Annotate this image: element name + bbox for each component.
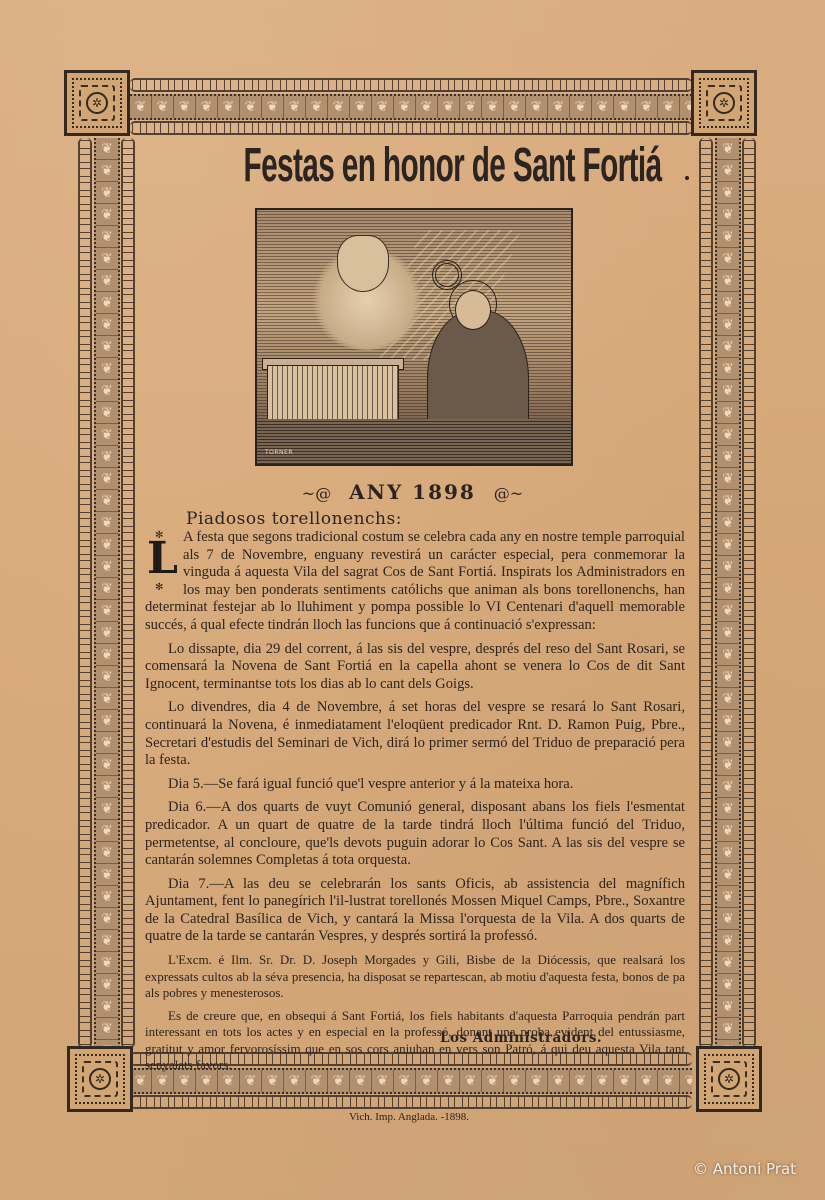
leaf-icon: ❦ bbox=[96, 798, 118, 820]
paragraph: Lo divendres, dia 4 de Novembre, á set h… bbox=[145, 699, 685, 769]
leaf-band: ❦❦❦❦❦❦❦❦❦❦❦❦❦❦❦❦❦❦❦❦❦❦❦❦❦❦ bbox=[130, 94, 692, 120]
leaf-icon: ❦ bbox=[96, 754, 118, 776]
saint-head bbox=[455, 290, 491, 330]
leaf-icon: ❦ bbox=[96, 644, 118, 666]
leaf-icon: ❦ bbox=[717, 424, 739, 446]
leaf-icon: ❦ bbox=[717, 490, 739, 512]
signoff: Los Administradors. bbox=[440, 1030, 602, 1046]
engraver-signature: TORNER bbox=[265, 449, 293, 456]
leaf-icon: ❦ bbox=[96, 622, 118, 644]
leaf-icon: ❦ bbox=[284, 96, 306, 118]
printer-imprint: Vich. Imp. Anglada. -1898. bbox=[349, 1111, 469, 1123]
leaf-icon: ❦ bbox=[416, 96, 438, 118]
leaf-icon: ❦ bbox=[548, 96, 570, 118]
leaf-icon: ❦ bbox=[717, 248, 739, 270]
rosette-icon: ✲ bbox=[718, 1068, 740, 1090]
leaf-icon: ❦ bbox=[717, 732, 739, 754]
leaf-icon: ❦ bbox=[717, 710, 739, 732]
leaf-icon: ❦ bbox=[717, 402, 739, 424]
leaf-icon: ❦ bbox=[130, 96, 152, 118]
leaf-icon: ❦ bbox=[152, 96, 174, 118]
ground bbox=[257, 419, 571, 464]
rosette-icon: ✲ bbox=[89, 1068, 111, 1090]
leaf-icon: ❦ bbox=[96, 556, 118, 578]
leaf-icon: ❦ bbox=[717, 908, 739, 930]
leaf-icon: ❦ bbox=[96, 446, 118, 468]
leaf-icon: ❦ bbox=[96, 314, 118, 336]
leaf-icon: ❦ bbox=[196, 96, 218, 118]
paragraph: L'Excm. é Ilm. Sr. Dr. D. Joseph Morgade… bbox=[145, 952, 685, 1002]
leaf-icon: ❦ bbox=[96, 402, 118, 424]
leaf-icon: ❦ bbox=[717, 820, 739, 842]
paragraph: ✻ L ✻ A festa que segons tradicional cos… bbox=[145, 529, 685, 635]
cherub-figure bbox=[337, 235, 389, 292]
leaf-icon: ❦ bbox=[262, 96, 284, 118]
chain-ornament bbox=[130, 121, 692, 135]
leaf-icon: ❦ bbox=[636, 96, 658, 118]
leaf-icon: ❦ bbox=[717, 380, 739, 402]
leaf-icon: ❦ bbox=[717, 314, 739, 336]
corner-ornament-bottom-left: ✲ bbox=[67, 1046, 133, 1112]
swirl-right-icon: @~ bbox=[494, 484, 523, 503]
leaf-icon: ❦ bbox=[717, 512, 739, 534]
leaf-icon: ❦ bbox=[438, 96, 460, 118]
leaf-icon: ❦ bbox=[96, 138, 118, 160]
body-text: ✻ L ✻ A festa que segons tradicional cos… bbox=[145, 529, 685, 1080]
leaf-icon: ❦ bbox=[717, 754, 739, 776]
leaf-icon: ❦ bbox=[717, 578, 739, 600]
leaf-icon: ❦ bbox=[504, 96, 526, 118]
leaf-icon: ❦ bbox=[614, 96, 636, 118]
leaf-icon: ❦ bbox=[717, 776, 739, 798]
leaf-icon: ❦ bbox=[96, 534, 118, 556]
chain-ornament bbox=[78, 138, 92, 1048]
leaf-icon: ❦ bbox=[96, 908, 118, 930]
leaf-icon: ❦ bbox=[592, 96, 614, 118]
leaf-icon: ❦ bbox=[174, 96, 196, 118]
leaf-icon: ❦ bbox=[717, 358, 739, 380]
leaf-icon: ❦ bbox=[96, 160, 118, 182]
leaf-band: ❦❦❦❦❦❦❦❦❦❦❦❦❦❦❦❦❦❦❦❦❦❦❦❦❦❦❦❦❦❦❦❦❦❦❦❦❦❦❦❦… bbox=[715, 138, 741, 1048]
rosette-icon: ✲ bbox=[713, 92, 735, 114]
leaf-icon: ❦ bbox=[96, 952, 118, 974]
leaf-icon: ❦ bbox=[717, 864, 739, 886]
leaf-icon: ❦ bbox=[717, 534, 739, 556]
leaf-icon: ❦ bbox=[96, 688, 118, 710]
paragraph: Es de creure que, en obsequi á Sant Fort… bbox=[145, 1008, 685, 1074]
leaf-icon: ❦ bbox=[717, 556, 739, 578]
leaf-icon: ❦ bbox=[717, 842, 739, 864]
leaf-icon: ❦ bbox=[96, 600, 118, 622]
leaf-icon: ❦ bbox=[96, 842, 118, 864]
leaf-icon: ❦ bbox=[218, 96, 240, 118]
stray-dot bbox=[685, 176, 689, 180]
leaf-icon: ❦ bbox=[96, 336, 118, 358]
leaf-icon: ❦ bbox=[717, 798, 739, 820]
leaf-icon: ❦ bbox=[96, 996, 118, 1018]
leaf-icon: ❦ bbox=[96, 930, 118, 952]
paragraph: Dia 6.—A dos quarts de vuyt Comunió gene… bbox=[145, 799, 685, 869]
leaf-icon: ❦ bbox=[717, 182, 739, 204]
leaf-icon: ❦ bbox=[328, 96, 350, 118]
leaf-icon: ❦ bbox=[717, 886, 739, 908]
leaf-icon: ❦ bbox=[717, 1018, 739, 1040]
drop-cap: ✻ L ✻ bbox=[145, 527, 179, 589]
leaf-icon: ❦ bbox=[394, 96, 416, 118]
leaf-icon: ❦ bbox=[96, 710, 118, 732]
leaf-icon: ❦ bbox=[372, 96, 394, 118]
leaf-icon: ❦ bbox=[717, 666, 739, 688]
leaf-icon: ❦ bbox=[717, 952, 739, 974]
leaf-icon: ❦ bbox=[96, 578, 118, 600]
border-right: ❦❦❦❦❦❦❦❦❦❦❦❦❦❦❦❦❦❦❦❦❦❦❦❦❦❦❦❦❦❦❦❦❦❦❦❦❦❦❦❦… bbox=[697, 138, 755, 1048]
leaf-icon: ❦ bbox=[96, 380, 118, 402]
leaf-icon: ❦ bbox=[96, 886, 118, 908]
leaf-icon: ❦ bbox=[717, 468, 739, 490]
year-heading: ~@ ANY 1898 @~ bbox=[140, 480, 685, 504]
border-top: ❦❦❦❦❦❦❦❦❦❦❦❦❦❦❦❦❦❦❦❦❦❦❦❦❦❦ bbox=[130, 76, 692, 134]
year-text: ANY 1898 bbox=[349, 480, 476, 504]
chain-ornament bbox=[742, 138, 756, 1048]
leaf-icon: ❦ bbox=[717, 930, 739, 952]
leaf-icon: ❦ bbox=[717, 336, 739, 358]
leaf-icon: ❦ bbox=[96, 776, 118, 798]
paragraph: Dia 5.—Se fará igual funció que'l vespre… bbox=[145, 776, 685, 794]
leaf-icon: ❦ bbox=[717, 644, 739, 666]
leaf-icon: ❦ bbox=[96, 666, 118, 688]
leaf-icon: ❦ bbox=[717, 138, 739, 160]
chain-ornament bbox=[121, 138, 135, 1048]
rosette-icon: ✲ bbox=[86, 92, 108, 114]
leaf-icon: ❦ bbox=[658, 96, 680, 118]
salutation: Piadosos torellonenchs: bbox=[186, 509, 402, 529]
leaf-icon: ❦ bbox=[717, 292, 739, 314]
leaf-icon: ❦ bbox=[717, 688, 739, 710]
chain-ornament bbox=[130, 1095, 692, 1109]
leaf-icon: ❦ bbox=[96, 1018, 118, 1040]
leaf-icon: ❦ bbox=[482, 96, 504, 118]
leaf-icon: ❦ bbox=[96, 248, 118, 270]
engraving-illustration: TORNER bbox=[255, 208, 573, 466]
leaf-icon: ❦ bbox=[717, 996, 739, 1018]
corner-ornament-top-right: ✲ bbox=[691, 70, 757, 136]
leaf-icon: ❦ bbox=[717, 270, 739, 292]
leaf-icon: ❦ bbox=[717, 160, 739, 182]
leaf-icon: ❦ bbox=[96, 182, 118, 204]
leaf-icon: ❦ bbox=[96, 974, 118, 996]
leaf-icon: ❦ bbox=[96, 490, 118, 512]
leaf-icon: ❦ bbox=[717, 600, 739, 622]
leaf-icon: ❦ bbox=[717, 204, 739, 226]
leaf-icon: ❦ bbox=[96, 204, 118, 226]
leaf-icon: ❦ bbox=[96, 468, 118, 490]
leaf-band: ❦❦❦❦❦❦❦❦❦❦❦❦❦❦❦❦❦❦❦❦❦❦❦❦❦❦❦❦❦❦❦❦❦❦❦❦❦❦❦❦… bbox=[94, 138, 120, 1048]
leaf-icon: ❦ bbox=[96, 270, 118, 292]
leaf-icon: ❦ bbox=[570, 96, 592, 118]
leaf-icon: ❦ bbox=[526, 96, 548, 118]
corner-ornament-top-left: ✲ bbox=[64, 70, 130, 136]
leaf-icon: ❦ bbox=[717, 974, 739, 996]
leaf-icon: ❦ bbox=[306, 96, 328, 118]
leaf-icon: ❦ bbox=[350, 96, 372, 118]
chain-ornament bbox=[699, 138, 713, 1048]
leaf-icon: ❦ bbox=[96, 820, 118, 842]
corner-ornament-bottom-right: ✲ bbox=[696, 1046, 762, 1112]
leaf-icon: ❦ bbox=[96, 358, 118, 380]
leaf-icon: ❦ bbox=[717, 446, 739, 468]
leaf-icon: ❦ bbox=[717, 622, 739, 644]
paragraph: Dia 7.—A las deu se celebrarán los sants… bbox=[145, 876, 685, 946]
border-left: ❦❦❦❦❦❦❦❦❦❦❦❦❦❦❦❦❦❦❦❦❦❦❦❦❦❦❦❦❦❦❦❦❦❦❦❦❦❦❦❦… bbox=[76, 138, 134, 1048]
leaf-icon: ❦ bbox=[96, 732, 118, 754]
leaf-icon: ❦ bbox=[240, 96, 262, 118]
copyright-watermark: © Antoni Prat bbox=[693, 1160, 796, 1178]
leaf-icon: ❦ bbox=[96, 424, 118, 446]
leaf-icon: ❦ bbox=[96, 226, 118, 248]
building bbox=[267, 365, 399, 427]
chain-ornament bbox=[130, 78, 692, 92]
leaf-icon: ❦ bbox=[460, 96, 482, 118]
leaf-icon: ❦ bbox=[717, 226, 739, 248]
paragraph: Lo dissapte, dia 29 del corrent, á las s… bbox=[145, 641, 685, 694]
swirl-left-icon: ~@ bbox=[302, 484, 331, 503]
leaf-icon: ❦ bbox=[96, 292, 118, 314]
leaf-icon: ❦ bbox=[96, 512, 118, 534]
poster-title: Festas en honor de Sant Fortiá bbox=[244, 138, 582, 193]
leaf-icon: ❦ bbox=[96, 864, 118, 886]
